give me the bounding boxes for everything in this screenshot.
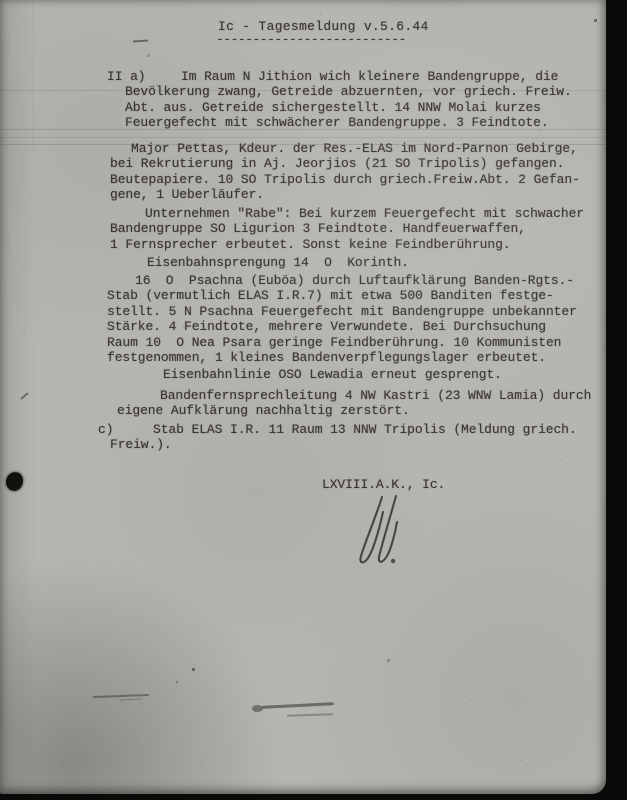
text-line: Im Raum N Jithion wich kleinere Bandengr… [181,69,572,84]
signoff-unit: LXVIII.A.K., Ic. [322,477,445,492]
pen-speck [20,392,28,399]
text-line: eigene Aufklärung nachhaltig zerstört. [117,403,591,418]
text-line: Stab ELAS I.R. 11 Raum 13 NNW Tripolis (… [153,422,577,437]
fold-line [33,0,34,150]
text-line: festgenommen, 1 kleines Bandenverpflegun… [107,350,577,365]
text-line: Raum 10 O Nea Psara geringe Feindberühru… [107,335,577,350]
text-line: gene, 1 Ueberläufer. [110,187,580,202]
scanned-page: Ic - Tagesmeldung v.5.6.44 -------------… [0,0,627,800]
ink-dot [192,668,195,671]
text-line: Freiw.). [110,437,577,452]
scan-streak [0,137,606,138]
paragraph-jithion: Im Raum N Jithion wich kleinere Bandengr… [125,69,572,131]
ink-smudge [252,705,263,712]
ink-smudge [93,694,149,698]
text-line: Stärke. 4 Feindtote, mehrere Verwundete.… [107,319,577,334]
ink-dot [176,681,178,683]
paper: Ic - Tagesmeldung v.5.6.44 -------------… [0,0,606,794]
text-line: stellt. 5 N Psachna Feuergefecht mit Ban… [107,304,577,319]
title-underline: -------------------------- [216,32,406,47]
paper-specks [0,0,1,1]
text-line: Feuergefecht mit schwächerer Bandengrupp… [125,115,572,130]
text-line: Eisenbahnsprengung 14 O Korinth. [147,255,409,270]
text-line: Major Pettas, Kdeur. der Res.-ELAS im No… [131,141,580,156]
text-line: bei Rekrutierung in Aj. Jeorjios (21 SO … [110,156,580,171]
paragraph-pettas: Major Pettas, Kdeur. der Res.-ELAS im No… [110,141,580,203]
paragraph-lewadia: Eisenbahnlinie OSO Lewadia erneut gespre… [163,367,502,382]
text-line: Abt. aus. Getreide sichergestellt. 14 NN… [125,100,572,115]
text-line: Unternehmen "Rabe": Bei kurzem Feuergefe… [145,206,584,221]
text-line: Stab (vermutlich ELAS I.R.7) mit etwa 50… [107,288,577,303]
signature-mark [352,494,407,572]
text-line: Bandengruppe SO Ligurion 3 Feindtote. Ha… [110,221,584,236]
hole-punch-mark [4,471,24,493]
paragraph-kastri: Bandenfernsprechleitung 4 NW Kastri (23 … [117,388,591,419]
ink-smudge [120,698,142,700]
paragraph-rabe: Unternehmen "Rabe": Bei kurzem Feuergefe… [110,206,584,252]
ink-smudge [262,702,334,709]
text-line: 16 O Psachna (Euböa) durch Luftaufklärun… [135,273,577,288]
text-line: Bandenfernsprechleitung 4 NW Kastri (23 … [160,388,591,403]
text-line: 1 Fernsprecher erbeutet. Sonst keine Fei… [110,237,584,252]
text-line: Eisenbahnlinie OSO Lewadia erneut gespre… [163,367,502,382]
text-line: Beutepapiere. 10 SO Tripolis durch griec… [110,172,580,187]
paragraph-eisenbahnsprengung: Eisenbahnsprengung 14 O Korinth. [147,255,409,270]
paragraph-stab-elas: Stab ELAS I.R. 11 Raum 13 NNW Tripolis (… [110,422,577,453]
ink-smudge [287,713,333,717]
text-line: Bevölkerung zwang, Getreide abzuernten, … [125,84,572,99]
stray-dash-mark [133,39,148,42]
paragraph-psachna: 16 O Psachna (Euböa) durch Luftaufklärun… [107,273,577,365]
